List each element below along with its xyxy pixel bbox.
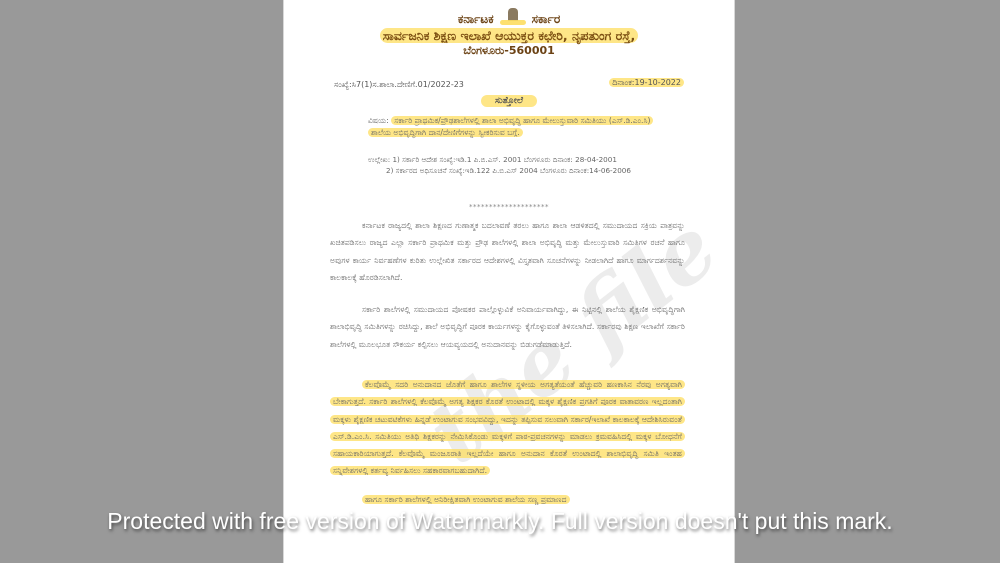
paragraph-1: ಕರ್ನಾಟಕ ರಾಜ್ಯದಲ್ಲಿ ಶಾಲಾ ಶಿಕ್ಷಣದ ಗುಣಾತ್ಮಕ…	[330, 217, 685, 286]
document-date: ದಿನಾಂಕ:19-10-2022	[609, 78, 684, 87]
karnataka-emblem-icon	[500, 8, 526, 26]
paragraph-2: ಸರ್ಕಾರಿ ಶಾಲೆಗಳಲ್ಲಿ ಸಮುದಾಯದ ಪೋಷಕರ ಪಾಲ್ಗೊಳ…	[330, 301, 685, 353]
govt-name-right: ಸರ್ಕಾರ	[532, 12, 561, 26]
paragraph-3: ಕೆಲವೊಮ್ಮೆ ಸದರಿ ಅನುದಾನದ ಜೊತೆಗೆ ಹಾಗೂ ಶಾಲೆಗ…	[330, 380, 685, 475]
letterhead: ಕರ್ನಾಟಕ ಸರ್ಕಾರ ಸಾರ್ವಜನಿಕ ಶಿಕ್ಷಣ ಇಲಾಖೆ ಆಯ…	[284, 8, 734, 58]
govt-name-left: ಕರ್ನಾಟಕ	[458, 12, 494, 26]
subject-text: ಸರ್ಕಾರಿ ಪ್ರಾಥಮಿಕ/ಪ್ರೌಢಶಾಲೆಗಳಲ್ಲಿ ಶಾಲಾ ಅಭ…	[368, 116, 653, 137]
subject-block: ವಿಷಯ: ಸರ್ಕಾರಿ ಪ್ರಾಥಮಿಕ/ಪ್ರೌಢಶಾಲೆಗಳಲ್ಲಿ ಶ…	[368, 115, 668, 138]
circular-title: ಸುತ್ತೋಲೆ	[481, 95, 537, 107]
office-name: ಸಾರ್ವಜನಿಕ ಶಿಕ್ಷಣ ಇಲಾಖೆ ಆಯುಕ್ತರ ಕಛೇರಿ, ನೃ…	[380, 28, 638, 43]
reference-item: 1) ಸರ್ಕಾರಿ ಆದೇಶ ಸಂಖ್ಯೆ:ಇಡಿ.1 ಪಿ.ಬಿ.ಎಸ್. …	[392, 155, 616, 164]
separator: ********************	[284, 203, 734, 211]
subject-label: ವಿಷಯ:	[368, 116, 389, 125]
office-city: ಬೆಂಗಳೂರು-560001	[284, 44, 734, 58]
document-page: the file ಕರ್ನಾಟಕ ಸರ್ಕಾರ ಸಾರ್ವಜನಿಕ ಶಿಕ್ಷಣ…	[284, 0, 734, 563]
paragraph-4: ಹಾಗೂ ಸರ್ಕಾರಿ ಶಾಲೆಗಳಲ್ಲಿ ಅನಿರೀಕ್ಷಿತವಾಗಿ ಉ…	[362, 495, 570, 504]
references-label: ಉಲ್ಲೇಖ:	[368, 155, 390, 164]
reference-item: 2) ಸರ್ಕಾರದ ಅಧಿಸೂಚನೆ ಸಂಖ್ಯೆ:ಇಡಿ.122 ಪಿ.ಬಿ…	[368, 166, 708, 177]
references-block: ಉಲ್ಲೇಖ: 1) ಸರ್ಕಾರಿ ಆದೇಶ ಸಂಖ್ಯೆ:ಇಡಿ.1 ಪಿ.…	[368, 155, 708, 176]
